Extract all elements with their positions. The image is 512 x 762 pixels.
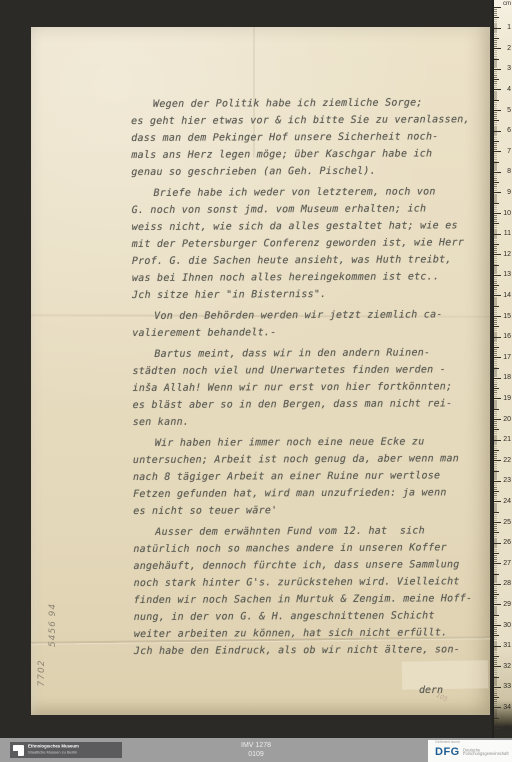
ruler-number: 4 xyxy=(501,86,511,93)
letter-paragraph: Wir haben hier immer noch eine neue Ecke… xyxy=(133,433,485,520)
letter-line: es geht hier etwas vor & ich bitte Sie z… xyxy=(131,111,483,130)
ruler-cm-tick xyxy=(494,625,501,626)
ruler-half-cm-tick xyxy=(494,223,499,224)
ruler-half-cm-tick xyxy=(494,429,499,430)
ruler-half-cm-tick xyxy=(494,512,499,513)
letter-line: es nicht so teuer wäre' xyxy=(133,501,485,520)
funding-note: Gefördert durch xyxy=(435,741,480,744)
ruler-cm-tick xyxy=(494,254,501,255)
ruler-cm-tick xyxy=(494,275,501,276)
museum-name: Ethnologisches Museum xyxy=(28,745,82,749)
letter-paragraph: Wegen der Politik habe ich ziemliche Sor… xyxy=(131,94,483,181)
ruler-half-cm-tick xyxy=(494,532,499,533)
museum-subtitle: Staatliche Museen zu Berlin xyxy=(28,751,77,755)
ruler-cm-tick xyxy=(494,69,501,70)
letter-line: angehäuft, dennoch fürchte ich, dass uns… xyxy=(133,556,485,575)
ruler-number: 3 xyxy=(501,65,511,72)
museum-logo-notch xyxy=(13,751,18,756)
letter-line: Wir haben hier immer noch eine neue Ecke… xyxy=(133,433,485,452)
ruler-half-cm-tick xyxy=(494,615,499,616)
ruler-half-cm-tick xyxy=(494,265,499,266)
ruler-half-cm-tick xyxy=(494,409,499,410)
letter-line: genau so geschrieben (an Geh. Pischel). xyxy=(131,162,483,181)
ruler-half-cm-tick xyxy=(494,553,499,554)
letter-line: nung, in der von G. & H. angeschnittenen… xyxy=(134,607,486,626)
dfg-org-name: Deutsche Forschungsgemeinschaft xyxy=(463,749,509,756)
letter-paragraph: Von den Behörden werden wir jetzt ziemli… xyxy=(132,306,484,342)
ruler-number: 5 xyxy=(501,107,511,114)
pencil-number-vertical-inner: 5456 94 xyxy=(48,583,58,667)
ruler-cm-tick xyxy=(494,501,501,502)
ruler-number: 22 xyxy=(501,457,511,464)
ruler-cm-tick xyxy=(494,28,501,29)
letter-line: mit der Petersburger Conferenz geworden … xyxy=(132,234,484,253)
ruler-cm-tick xyxy=(494,131,501,132)
ruler-number: 18 xyxy=(501,374,511,381)
ruler-number: 25 xyxy=(501,519,511,526)
ruler-number: 11 xyxy=(501,230,511,237)
letter-line: mals ans Herz legen möge; über Kaschgar … xyxy=(131,145,483,164)
ruler-cm-tick xyxy=(494,584,501,585)
letter-line: noch stark hinter G's. zurückstehen wird… xyxy=(134,573,486,592)
ruler-half-cm-tick xyxy=(494,285,499,286)
ruler-cm-tick xyxy=(494,543,501,544)
ruler-number: 24 xyxy=(501,498,511,505)
ruler-cm-tick xyxy=(494,440,501,441)
letter-text: Wegen der Politik habe ich ziemliche Sor… xyxy=(131,94,486,660)
ruler-number: 34 xyxy=(501,704,511,711)
dfg-org-line2: Forschungsgemeinschaft xyxy=(463,752,509,756)
ruler-half-cm-tick xyxy=(494,162,499,163)
letter-line: natürlich noch so manches andere in unse… xyxy=(133,539,485,558)
ruler-number: 33 xyxy=(501,683,511,690)
ruler-half-cm-tick xyxy=(494,79,499,80)
ruler-half-cm-tick xyxy=(494,203,499,204)
letter-line: Prof. G. die Sachen heute ansieht, was H… xyxy=(132,251,484,270)
ruler-number: 7 xyxy=(501,148,511,155)
letter-line: Bartus meint, dass wir in den andern Rui… xyxy=(132,344,484,363)
ruler-number: 35 xyxy=(501,725,511,732)
ruler-unit-label: cm xyxy=(503,1,511,7)
letter-line: es bläst aber so in den Bergen, dass man… xyxy=(133,395,485,414)
letter-line: Fetzen gefunden hat, wird man unzufriede… xyxy=(133,484,485,503)
ruler-cm-tick xyxy=(494,7,501,8)
ruler-number: 26 xyxy=(501,539,511,546)
letter-line: weiss nicht, wie sich da alles gestaltet… xyxy=(132,217,484,236)
ruler-half-cm-tick xyxy=(494,697,499,698)
ruler-half-cm-tick xyxy=(494,471,499,472)
ruler-cm-tick xyxy=(494,48,501,49)
ruler-cm-tick xyxy=(494,234,501,235)
ruler-cm-tick xyxy=(494,666,501,667)
letter-line: was bei Ihnen noch alles hereingekommen … xyxy=(132,268,484,287)
ruler-number: 15 xyxy=(501,313,511,320)
item-id-page-number: 0109 xyxy=(241,750,271,759)
ruler-number: 30 xyxy=(501,622,511,629)
ruler-half-cm-tick xyxy=(494,594,499,595)
ruler-cm-tick xyxy=(494,481,501,482)
ruler-cm-tick xyxy=(494,110,501,111)
ruler-number: 10 xyxy=(501,210,511,217)
paper-overlap-patch xyxy=(402,660,488,689)
letter-page: Wegen der Politik habe ich ziemliche Sor… xyxy=(31,27,490,715)
ruler-cm-tick xyxy=(494,192,501,193)
ruler-half-cm-tick xyxy=(494,306,499,307)
ruler-cm-tick xyxy=(494,728,501,729)
letter-line: G. noch von sonst jmd. vom Museum erhalt… xyxy=(132,200,484,219)
ruler-half-cm-tick xyxy=(494,347,499,348)
ruler-number: 13 xyxy=(501,271,511,278)
ruler-number: 27 xyxy=(501,560,511,567)
letter-line: Von den Behörden werden wir jetzt ziemli… xyxy=(132,306,484,325)
ruler-half-cm-tick xyxy=(494,388,499,389)
ruler-cm-tick xyxy=(494,295,501,296)
ruler-half-cm-tick xyxy=(494,59,499,60)
ruler-number: 9 xyxy=(501,189,511,196)
ruler-cm-tick xyxy=(494,707,501,708)
ruler-half-cm-tick xyxy=(494,718,499,719)
museum-text: Ethnologisches Museum Staatliche Museen … xyxy=(28,744,102,756)
scan-viewport: Wegen der Politik habe ich ziemliche Sor… xyxy=(0,0,512,762)
letter-line: finden wir noch Sachen in Murtuk & Zengi… xyxy=(134,590,486,609)
ruler-cm-tick xyxy=(494,151,501,152)
dfg-acronym: DFG xyxy=(435,747,460,758)
ruler-half-cm-tick xyxy=(494,491,499,492)
letter-line: Briefe habe ich weder von letzterem, noc… xyxy=(131,183,483,202)
ruler-cm-tick xyxy=(494,89,501,90)
letter-line: nach 8 tägiger Arbeit an einer Ruine nur… xyxy=(133,467,485,486)
ruler-number: 12 xyxy=(501,251,511,258)
dfg-row: DFG Deutsche Forschungsgemeinschaft xyxy=(435,747,510,758)
letter-line: weiter arbeiten zu können, hat sich nich… xyxy=(134,624,486,643)
ruler-half-cm-tick xyxy=(494,244,499,245)
letter-paragraph: Ausser dem erwähnten Fund vom 12. hat si… xyxy=(133,522,486,660)
ruler-number: 32 xyxy=(501,663,511,670)
ruler-number: 23 xyxy=(501,477,511,484)
ruler-number: 14 xyxy=(501,292,511,299)
ruler-half-cm-tick xyxy=(494,368,499,369)
ruler-half-cm-tick xyxy=(494,326,499,327)
ruler-number: 21 xyxy=(501,436,511,443)
ruler-number: 31 xyxy=(501,642,511,649)
ruler-cm-tick xyxy=(494,460,501,461)
ruler-half-cm-tick xyxy=(494,450,499,451)
letter-line: Jch habe den Eindruck, als ob wir nicht … xyxy=(134,641,486,660)
ruler-cm-tick xyxy=(494,419,501,420)
ruler-number: 29 xyxy=(501,601,511,608)
ruler-half-cm-tick xyxy=(494,38,499,39)
ruler-cm-tick xyxy=(494,522,501,523)
museum-logo-icon xyxy=(13,745,24,756)
ruler-number: 20 xyxy=(501,416,511,423)
ruler-cm-tick xyxy=(494,604,501,605)
ruler-half-cm-tick xyxy=(494,635,499,636)
ruler-cm-tick xyxy=(494,563,501,564)
ruler-half-cm-tick xyxy=(494,677,499,678)
ruler-number: 16 xyxy=(501,333,511,340)
ruler-half-cm-tick xyxy=(494,141,499,142)
ruler-cm-tick xyxy=(494,378,501,379)
ruler-half-cm-tick xyxy=(494,656,499,657)
museum-logo: Ethnologisches Museum Staatliche Museen … xyxy=(10,742,122,758)
ruler-cm-tick xyxy=(494,357,501,358)
ruler-number: 1 xyxy=(501,24,511,31)
letter-line: dass man dem Pekinger Hof unsere Sicherh… xyxy=(131,128,483,147)
letter-line: Ausser dem erwähnten Fund vom 12. hat si… xyxy=(133,522,485,541)
ruler-half-cm-tick xyxy=(494,120,499,121)
ruler-number: 17 xyxy=(501,354,511,361)
ruler-cm-tick xyxy=(494,316,501,317)
letter-paragraph: Briefe habe ich weder von letzterem, noc… xyxy=(131,183,484,304)
ruler-cm-tick xyxy=(494,398,501,399)
letter-line: valierement behandelt.- xyxy=(132,323,484,342)
ruler-number: 2 xyxy=(501,45,511,52)
letter-line: Wegen der Politik habe ich ziemliche Sor… xyxy=(131,94,483,113)
footer-bar: Ethnologisches Museum Staatliche Museen … xyxy=(0,738,512,762)
dfg-logo: Gefördert durch DFG Deutsche Forschungsg… xyxy=(428,740,512,762)
pencil-number-vertical-outer: 7702 xyxy=(37,653,47,693)
ruler-number: 6 xyxy=(501,127,511,134)
ruler-cm-tick xyxy=(494,172,501,173)
letter-line: Jch sitze hier "in Bisterniss". xyxy=(132,285,484,304)
ruler-cm-tick xyxy=(494,337,501,338)
ruler-number: 19 xyxy=(501,395,511,402)
ruler-cm-tick xyxy=(494,646,501,647)
ruler-cm-tick xyxy=(494,687,501,688)
ruler-cm-tick xyxy=(494,213,501,214)
item-id: IMV 1278 0109 xyxy=(241,741,271,759)
letter-line: inša Allah! Wenn wir nur erst von hier f… xyxy=(132,378,484,397)
ruler: cm 1234567891011121314151617181920212223… xyxy=(494,0,512,739)
ruler-number: 8 xyxy=(501,168,511,175)
ruler-number: 28 xyxy=(501,580,511,587)
letter-line: städten noch viel und Unerwartetes finde… xyxy=(132,361,484,380)
ruler-half-cm-tick xyxy=(494,17,499,18)
ruler-half-cm-tick xyxy=(494,100,499,101)
ruler-half-cm-tick xyxy=(494,182,499,183)
letter-line: untersuchen; Arbeit ist noch genug da, a… xyxy=(133,450,485,469)
item-id-signature: IMV 1278 xyxy=(241,741,271,750)
letter-line: sen kann. xyxy=(133,412,485,431)
letter-paragraph: Bartus meint, dass wir in den andern Rui… xyxy=(132,344,484,431)
ruler-half-cm-tick xyxy=(494,574,499,575)
